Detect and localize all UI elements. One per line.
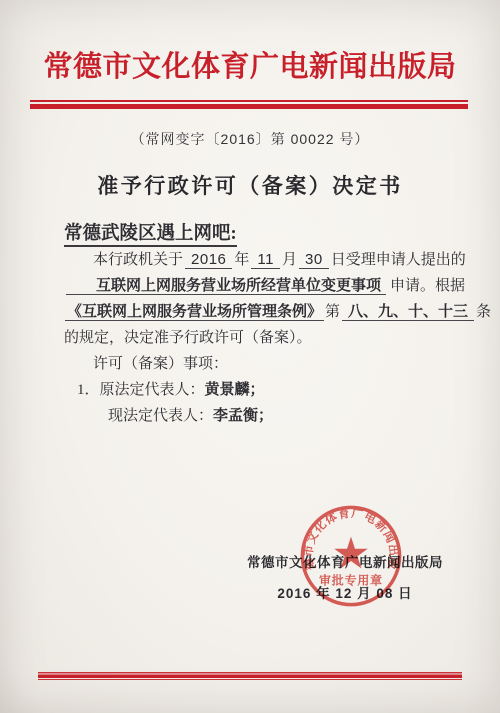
signature-date: 2016 年 12 月 08 日 bbox=[245, 582, 445, 602]
item1-label: 1．原法定代表人： bbox=[77, 382, 205, 398]
letterhead-rule bbox=[30, 100, 468, 110]
signature-block: 常德市文化体育广电新闻出版局 2016 年 12 月 08 日 bbox=[245, 551, 445, 602]
unit-year: 年 bbox=[234, 252, 249, 268]
text-article-post: 条 bbox=[476, 304, 491, 320]
document-page: 常德市文化体育广电新闻出版局 （常网变字〔2016〕第 00022 号） 准予行… bbox=[0, 0, 500, 713]
signature-agency: 常德市文化体育广电新闻出版局 bbox=[245, 551, 445, 571]
body-line-item2: 现法定代表人：李孟衡； bbox=[64, 403, 462, 429]
fill-year: 2016 bbox=[185, 251, 232, 269]
item2-value: 李孟衡； bbox=[213, 408, 273, 424]
unit-month: 月 bbox=[282, 252, 297, 268]
fill-application-matter: 互联网上网服务营业场所经营单位变更事项 bbox=[66, 278, 386, 295]
body-line-accept-date: 本行政机关于2016年11月30日受理申请人提出的 bbox=[64, 247, 462, 273]
item2-label: 现法定代表人： bbox=[108, 408, 213, 424]
doc-body: 常德武陵区遇上网吧: 本行政机关于2016年11月30日受理申请人提出的 互联网… bbox=[64, 221, 462, 429]
fill-regulation-name: 《互联网上网服务营业场所管理条例》 bbox=[65, 304, 324, 321]
body-line-item1: 1．原法定代表人：黄景麟； bbox=[64, 377, 462, 403]
body-line-items-heading: 许可（备案）事项： bbox=[64, 351, 462, 377]
doc-number: （常网变字〔2016〕第 00022 号） bbox=[0, 129, 500, 149]
items-heading: 许可（备案）事项： bbox=[93, 356, 228, 372]
text-article-pre: 第 bbox=[325, 304, 340, 320]
text-accept-post: 日受理申请人提出的 bbox=[331, 252, 466, 268]
fill-article-numbers: 八、九、十、十三 bbox=[342, 304, 474, 321]
footer-rule bbox=[38, 672, 462, 680]
body-line-matter: 互联网上网服务营业场所经营单位变更事项申请。根据 bbox=[64, 273, 462, 299]
text-apply-per: 申请。根据 bbox=[390, 278, 465, 294]
body-line-regulation: 《互联网上网服务营业场所管理条例》第八、九、十、十三条 bbox=[64, 299, 462, 325]
text-accept-pre: 本行政机关于 bbox=[93, 252, 183, 268]
text-decision: 的规定，决定准予行政许可（备案）。 bbox=[64, 330, 312, 346]
item1-value: 黄景麟； bbox=[205, 382, 265, 398]
body-line-decision: 的规定，决定准予行政许可（备案）。 bbox=[64, 325, 462, 351]
addressee-line: 常德武陵区遇上网吧: bbox=[64, 221, 462, 247]
fill-month: 11 bbox=[251, 251, 280, 269]
addressee: 常德武陵区遇上网吧: bbox=[64, 224, 237, 247]
doc-title: 准予行政许可（备案）决定书 bbox=[0, 170, 500, 200]
letterhead-agency: 常德市文化体育广电新闻出版局 bbox=[0, 44, 500, 85]
fill-day: 30 bbox=[299, 251, 329, 269]
